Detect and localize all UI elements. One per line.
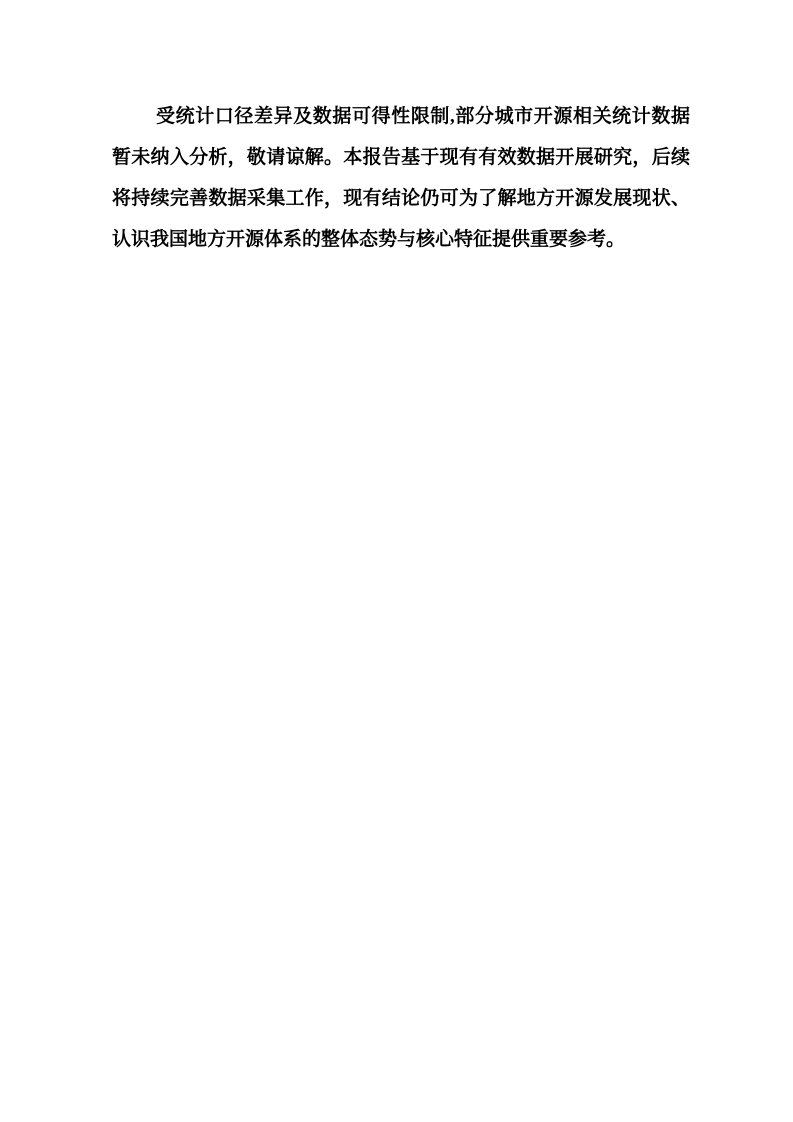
paragraph-line-3: 将持续完善数据采集工作，现有结论仍可为了解地方开源发展现状、 [112, 178, 690, 219]
paragraph-line-4: 认识我国地方开源体系的整体态势与核心特征提供重要参考。 [112, 219, 690, 260]
body-paragraph: 受统计口径差异及数据可得性限制,部分城市开源相关统计数据 暂未纳入分析，敬请谅解… [112, 96, 690, 260]
paragraph-line-2: 暂未纳入分析，敬请谅解。本报告基于现有有效数据开展研究，后续 [112, 137, 690, 178]
paragraph-line-1: 受统计口径差异及数据可得性限制,部分城市开源相关统计数据 [112, 96, 690, 137]
document-page: 受统计口径差异及数据可得性限制,部分城市开源相关统计数据 暂未纳入分析，敬请谅解… [0, 0, 793, 1122]
